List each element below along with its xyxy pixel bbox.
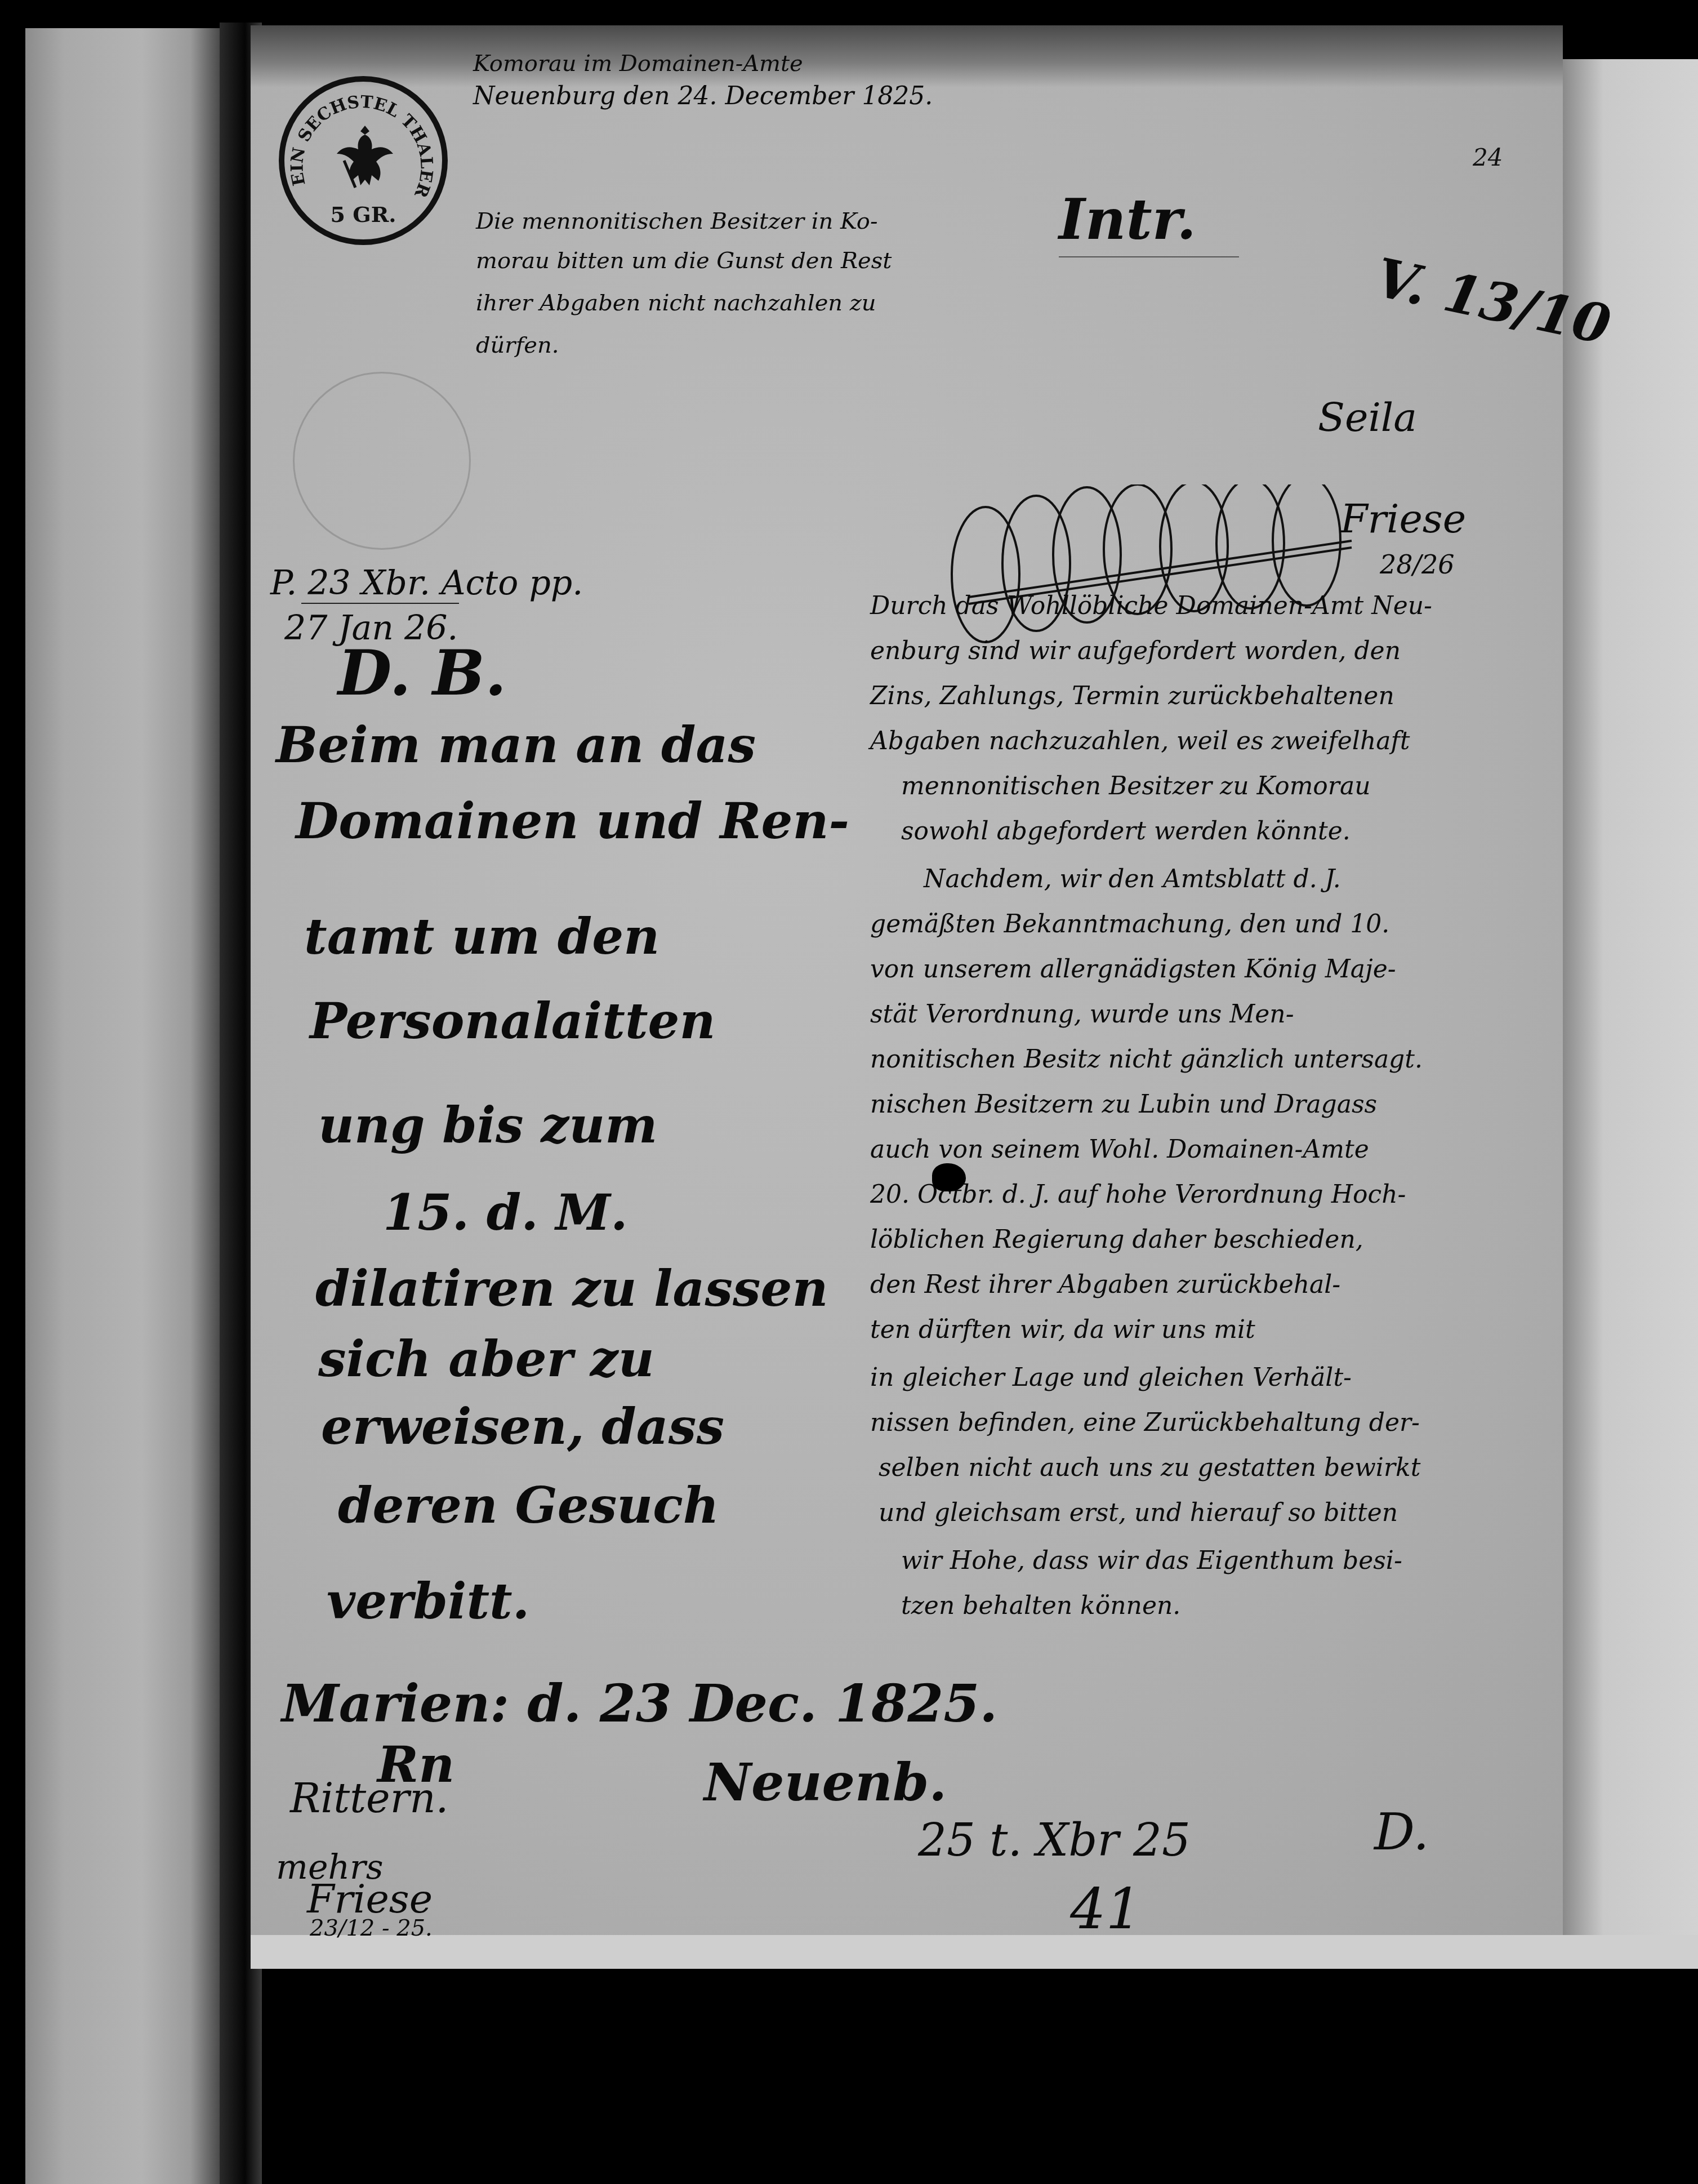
subject-line: Die mennonitischen Besitzer in Ko- (476, 208, 877, 234)
subject-line: ihrer Abgaben nicht nachzahlen zu (476, 290, 876, 316)
underline (301, 603, 459, 604)
header-place: Komorau im Domainen-Amte (473, 51, 803, 77)
letter-line: den Rest ihrer Abgaben zurückbehal- (870, 1270, 1340, 1299)
underline (1059, 256, 1239, 257)
stamp-value: 5 GR. (284, 202, 442, 227)
decision-line: Beim man an das (276, 715, 756, 774)
letter-line: von unserem allergnädigsten König Maje- (870, 955, 1396, 984)
ink-blot (932, 1163, 966, 1191)
letter-line: mennonitischen Besitzer zu Komorau (901, 772, 1370, 800)
margin-date: 23/12 - 25. (310, 1915, 433, 1941)
decision-line: tamt um den (304, 907, 659, 966)
subject-line: morau bitten um die Gunst den Rest (476, 248, 892, 274)
margin-note: Rittern. (290, 1774, 448, 1822)
decision-line: Domainen und Ren- (296, 791, 849, 850)
letter-line: Durch das Wohllöbliche Domainen-Amt Neu- (870, 591, 1432, 620)
tax-stamp: EIN SECHSTEL THALER 5 GR. (279, 76, 448, 245)
letter-line: nischen Besitzern zu Lubin und Dragass (870, 1090, 1377, 1119)
letter-line: Nachdem, wir den Amtsblatt d. J. (924, 865, 1341, 893)
subject-line: dürfen. (476, 332, 559, 358)
signature-date: 28/26 (1380, 549, 1455, 580)
decision-line: dilatiren zu lassen (315, 1259, 828, 1318)
letter-line: tzen behalten können. (901, 1591, 1180, 1620)
signature-name: Friese (1340, 496, 1466, 542)
letter-line: gemäßten Bekanntmachung, den und 10. (870, 910, 1389, 938)
decision-date: Marien: d. 23 Dec. 1825. (282, 1673, 997, 1734)
embossed-seal (293, 372, 471, 550)
initials-top-right: Seila (1318, 394, 1417, 441)
decision-line: verbitt. (327, 1572, 529, 1630)
page-bottom-edge (251, 1935, 1698, 1969)
letter-line: und gleichsam erst, und hierauf so bitte… (879, 1498, 1398, 1527)
letter-line: auch von seinem Wohl. Domainen-Amte (870, 1135, 1369, 1164)
letter-line: wir Hohe, dass wir das Eigenthum besi- (901, 1546, 1402, 1575)
letter-line: selben nicht auch uns zu gestatten bewir… (879, 1453, 1420, 1482)
decision-line: ung bis zum (318, 1096, 657, 1154)
letter-line: enburg sind wir aufgefordert worden, den (870, 637, 1401, 665)
letter-line: stät Verordnung, wurde uns Men- (870, 1000, 1294, 1029)
decision-marker: D. B. (338, 637, 506, 709)
decision-line: Personalaitten (310, 991, 716, 1050)
letter-line: sowohl abgefordert werden könnte. (901, 817, 1351, 846)
letter-line: in gleicher Lage und gleichen Verhält- (870, 1363, 1352, 1392)
page-number: 24 (1473, 144, 1503, 171)
intro-word: Intr. (1059, 186, 1196, 252)
received-note: P. 23 Xbr. Acto pp. (270, 563, 583, 603)
letter-line: nissen befinden, eine Zurückbehaltung de… (870, 1408, 1420, 1437)
letter-line: löblichen Regierung daher beschieden, (870, 1225, 1363, 1254)
letter-line: Abgaben nachzuzahlen, weil es zweifelhaf… (870, 727, 1410, 755)
letter-line: ten dürften wir, da wir uns mit (870, 1315, 1255, 1344)
folio-mark: 41 (1070, 1876, 1142, 1942)
decision-line: deren Gesuch (338, 1476, 719, 1534)
torn-top-edge (251, 25, 1563, 87)
rolled-paper-edge (25, 28, 220, 2184)
header-date: Neuenburg den 24. December 1825. (473, 82, 933, 110)
eagle-icon (334, 121, 396, 194)
letter-line: nonitischen Besitz nicht gänzlich unters… (870, 1045, 1423, 1074)
letter-signature: Neuenb. (704, 1752, 947, 1813)
closing-initial: D. (1374, 1803, 1429, 1862)
decision-line: sich aber zu (318, 1329, 654, 1388)
closing-date: 25 t. Xbr 25 (918, 1814, 1191, 1866)
letter-line: Zins, Zahlungs, Termin zurückbehaltenen (870, 682, 1394, 710)
decision-line: erweisen, dass (321, 1397, 724, 1456)
decision-line: 15. d. M. (383, 1183, 628, 1242)
